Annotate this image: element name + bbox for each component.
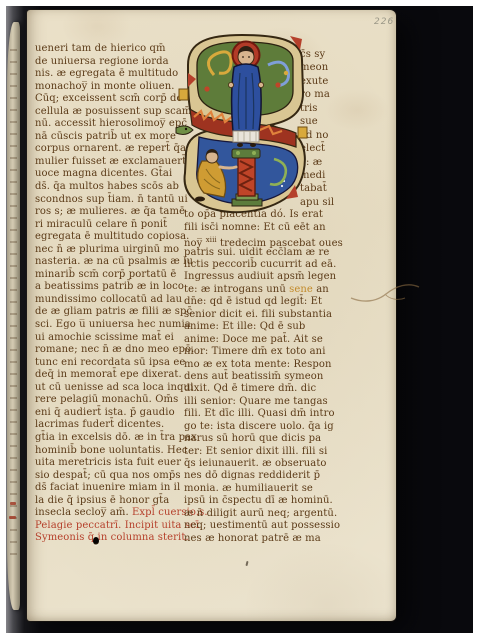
text-line: tunc eni recordata sū ipsa ee (35, 357, 185, 370)
text-line: ds̄. q̄a multos habes scōs ab (35, 181, 185, 194)
serpent-head-icon (176, 126, 193, 135)
text-line: nec n̄ æ plurima uirginū mo (35, 244, 185, 257)
manuscript-photo: 226 ueneri tam de hierico qm̄de uniuersa… (0, 0, 480, 640)
text-line: dens aut̄ beatissim̄ symeon (184, 371, 362, 383)
text-line: anime: Et ille: Qd ē sub (184, 321, 362, 333)
text-line: senior dicit ei. fili substantia (184, 309, 362, 321)
text-line: fili isc̄i nomne: Et cū eēt an (184, 222, 362, 234)
text-line: deq̄ in memorat̄ epe dixerat. (35, 369, 185, 382)
text-line: uita meretricis ista fuit euer (35, 457, 185, 470)
text-line: nasteria. æ na cū psalmis æ lu (35, 256, 185, 269)
gold-stud (179, 89, 188, 100)
manuscript-page: 226 ueneri tam de hierico qm̄de uniuersa… (27, 10, 396, 621)
saint-figure (228, 42, 263, 148)
text-line: ter: Et senior dixit illi. fili si (184, 446, 362, 458)
text-line: lictis peccorib̄ cucurrit ad eā. (184, 259, 362, 271)
text-line: te: æ introgans unū sene an (184, 284, 362, 296)
folio-number: 226 (374, 17, 394, 27)
text-line: monachoy̅ in monte oliuen. (35, 81, 185, 94)
text-line: ui amochie scissime mat̄ ei (35, 332, 185, 345)
text-line: nū. accessit hierosolimoy̅ epc̄ (35, 118, 185, 131)
text-line: gt̄ia in excelsis dō. æ in t̄ra pax (35, 432, 185, 445)
text-line: lacrimas fudert̄ dicentes. (35, 419, 185, 432)
text-line: mo æ ex tota mente: Respon (184, 359, 362, 371)
left-text-column: ueneri tam de hierico qm̄de uniuersa reg… (35, 43, 185, 545)
berry-ornament (275, 82, 280, 87)
margin-scratch-mark (349, 272, 421, 308)
text-line: cellula æ posuissent sup scam̄ (35, 106, 185, 119)
text-line: monia. æ humiliauerit se (184, 483, 362, 495)
text-line: dixit. Qd ē timere dm̄. dic (184, 383, 362, 395)
text-line: eni q̄ audiert̄ ista. p̄ gaudio (35, 407, 185, 420)
text-line: nes æ honorat patrē æ ma (184, 533, 362, 545)
text-line: mulier fuisset æ exclamauert̄ (35, 156, 185, 169)
text-line: ut cū uenisse ad sca loca inqui (35, 382, 185, 395)
berry-ornament (204, 86, 209, 91)
facing-page-text-fragments (10, 44, 17, 564)
text-line: Ingressus audiuit apsm̄ legen (184, 271, 362, 283)
text-line: dn̄e: qd ē istud qd legit̄: Et (184, 296, 362, 308)
photo-backdrop: 226 ueneri tam de hierico qm̄de uniuersa… (6, 6, 473, 633)
text-line: Cūq; exceissent scm̄ corp̄ de (35, 93, 185, 106)
text-line: nior: Timere dm̄ ex toto ani (184, 346, 362, 358)
ink-fleck (245, 561, 248, 566)
text-line: fili. Et dīc illi. Quasi dm̄ intro (184, 408, 362, 420)
text-line: corpus ornarent. æ repert̄ q̄a (35, 143, 185, 156)
text-line: go te: ista discere uolo. q̄a ig (184, 421, 362, 433)
text-line: ipsū in c̄spectu dī æ hominū. (184, 495, 362, 507)
parchment-hole (93, 537, 99, 545)
text-line: mundissimo collocatū ad lau (35, 294, 185, 307)
text-line: nes dō dignas reddiderit p̄ (184, 470, 362, 482)
text-line: q̄s ieiunauerit. æ obseruato (184, 458, 362, 470)
text-line: nis. æ egregata ē multitudo (35, 68, 185, 81)
text-line: minarib̄ scm̄ corp̄ portatū ē (35, 269, 185, 282)
text-line: neq; uestimentū aut possessio (184, 520, 362, 532)
text-line: narus sū horū que dicis pa (184, 433, 362, 445)
text-line: ds̄ faciat inuenire miam in il (35, 482, 185, 495)
text-line: anime: Doce me pat̄. Ait se (184, 334, 362, 346)
text-line: hominib̄ bone uoluntatis. Hec (35, 445, 185, 458)
text-line: æ n̄ diligit aurū neq; argentū. (184, 508, 362, 520)
text-line: uoce magna dicentes. Gt̄ai (35, 168, 185, 181)
text-line: sio despat̄; cū qua nos omp̄s (35, 470, 185, 483)
text-line: ueneri tam de hierico qm̄ (35, 43, 185, 56)
berry-ornament (284, 71, 288, 75)
text-line: Pelagie peccatrī. Incipit uita scī (35, 520, 185, 533)
text-line: sci. Ego u̅ uniuersa hec numia (35, 319, 185, 332)
text-line: ri miraculū celare n̄ ponit̄ (35, 219, 185, 232)
text-line: insecla secloy̅ am̄. Expl̄ cuersio.s. (35, 507, 185, 520)
facing-page-rubric-fragment (10, 502, 16, 505)
gold-stud (298, 127, 307, 138)
text-line: illi senior: Quare me tangas (184, 396, 362, 408)
illuminated-initial-s (174, 33, 310, 219)
text-line: la die q̄ ipsius ē honor gt̄a (35, 495, 185, 508)
text-line: nā cūscis patrib̄ ut ex more (35, 131, 185, 144)
text-line: noy̅ xiii tredecim pascebat oues (184, 234, 362, 246)
text-line: de æ gliam patris æ filii æ spc̄ (35, 306, 185, 319)
text-line: romane; nec n̄ æ dno meo epō. (35, 344, 185, 357)
text-line: scondnos sup t̄iam. n̄ tantū ui (35, 194, 185, 207)
text-line: a beatissims patrib̄ æ in loco (35, 281, 185, 294)
text-line: Symeonis q̄ in columna sterit. (35, 532, 185, 545)
facing-page-edge (7, 22, 20, 610)
facing-page-rubric-fragment (9, 516, 16, 519)
text-line: rere pelagiū monachū. Om̄s (35, 394, 185, 407)
text-line: egregata ē multitudo copiosa. (35, 231, 185, 244)
text-line: ros s; æ mulieres. æ q̄a tamē (35, 206, 185, 219)
text-line: de uniuersa regione iorda (35, 56, 185, 69)
